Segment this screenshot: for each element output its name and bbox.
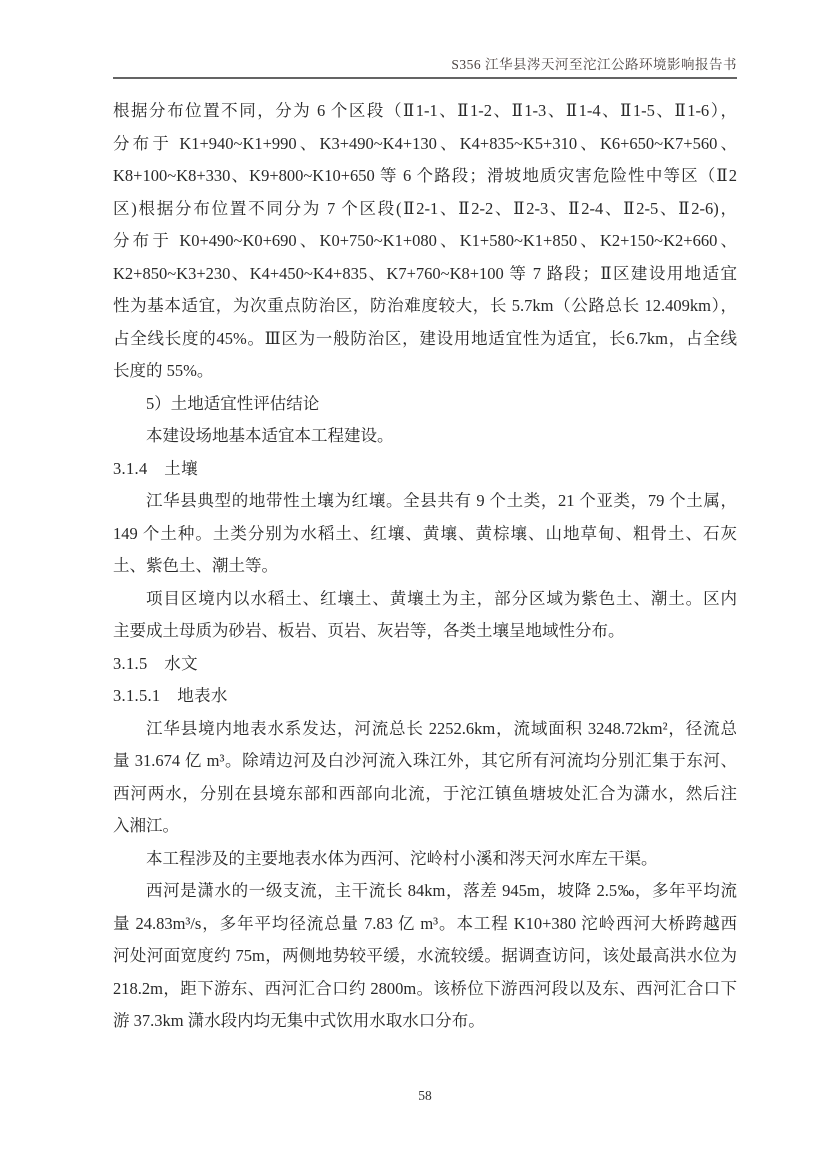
text-line: 分布于 K1+940~K1+990、K3+490~K4+130、K4+835~K… [113,128,737,161]
text-line: 区)根据分布位置不同分为 7 个区段(Ⅱ2-1、Ⅱ2-2、Ⅱ2-3、Ⅱ2-4、Ⅱ… [113,193,737,226]
text-line: 土、紫色土、潮土等。 [113,550,737,583]
text-line: 量 31.674 亿 m³。除靖边河及白沙河流入珠江外，其它所有河流均分别汇集于… [113,745,737,778]
section-heading-3-1-4: 3.1.4 土壤 [113,453,737,486]
header-title: S356 江华县涔天河至沱江公路环境影响报告书 [113,55,737,75]
header-rule [113,77,737,79]
text-line: 西河两水，分别在县境东部和西部向北流，于沱江镇鱼塘坡处汇合为潇水，然后注 [113,778,737,811]
text-line: 入湘江。 [113,810,737,843]
text-line: 江华县境内地表水系发达，河流总长 2252.6km，流域面积 3248.72km… [113,713,737,746]
document-body: 根据分布位置不同，分为 6 个区段（Ⅱ1-1、Ⅱ1-2、Ⅱ1-3、Ⅱ1-4、Ⅱ1… [113,95,737,1038]
text-line: 项目区境内以水稻土、红壤土、黄壤土为主，部分区域为紫色土、潮土。区内 [113,583,737,616]
document-page: S356 江华县涔天河至沱江公路环境影响报告书 根据分布位置不同，分为 6 个区… [0,0,827,1169]
text-line: 西河是潇水的一级支流，主干流长 84km，落差 945m，坡降 2.5‰，多年平… [113,875,737,908]
text-line: 河处河面宽度约 75m，两侧地势较平缓，水流较缓。据调查访问，该处最高洪水位为 [113,940,737,973]
page-number: 58 [113,1087,737,1105]
text-line: 主要成土母质为砂岩、板岩、页岩、灰岩等，各类土壤呈地域性分布。 [113,615,737,648]
text-line: K8+100~K8+330、K9+800~K10+650 等 6 个路段；滑坡地… [113,160,737,193]
text-line: 量 24.83m³/s，多年平均径流总量 7.83 亿 m³。本工程 K10+3… [113,908,737,941]
text-line: 149 个土种。土类分别为水稻土、红壤、黄壤、黄棕壤、山地草甸、粗骨土、石灰 [113,518,737,551]
section-heading-3-1-5: 3.1.5 水文 [113,648,737,681]
text-line: K2+850~K3+230、K4+450~K4+835、K7+760~K8+10… [113,258,737,291]
list-item-conclusion: 5）土地适宜性评估结论 [113,388,737,421]
text-line: 江华县典型的地带性土壤为红壤。全县共有 9 个土类，21 个亚类，79 个土属， [113,485,737,518]
text-line: 根据分布位置不同，分为 6 个区段（Ⅱ1-1、Ⅱ1-2、Ⅱ1-3、Ⅱ1-4、Ⅱ1… [113,95,737,128]
text-line: 性为基本适宜，为次重点防治区，防治难度较大，长 5.7km（公路总长 12.40… [113,290,737,323]
text-line: 游 37.3km 潇水段内均无集中式饮用水取水口分布。 [113,1005,737,1038]
text-line: 本工程涉及的主要地表水体为西河、沱岭村小溪和涔天河水库左干渠。 [113,843,737,876]
text-line: 长度的 55%。 [113,355,737,388]
text-line: 218.2m，距下游东、西河汇合口约 2800m。该桥位下游西河段以及东、西河汇… [113,973,737,1006]
text-line: 本建设场地基本适宜本工程建设。 [113,420,737,453]
section-heading-3-1-5-1: 3.1.5.1 地表水 [113,680,737,713]
text-line: 占全线长度的45%。Ⅲ区为一般防治区，建设用地适宜性为适宜，长6.7km，占全线 [113,323,737,356]
text-line: 分布于 K0+490~K0+690、K0+750~K1+080、K1+580~K… [113,225,737,258]
